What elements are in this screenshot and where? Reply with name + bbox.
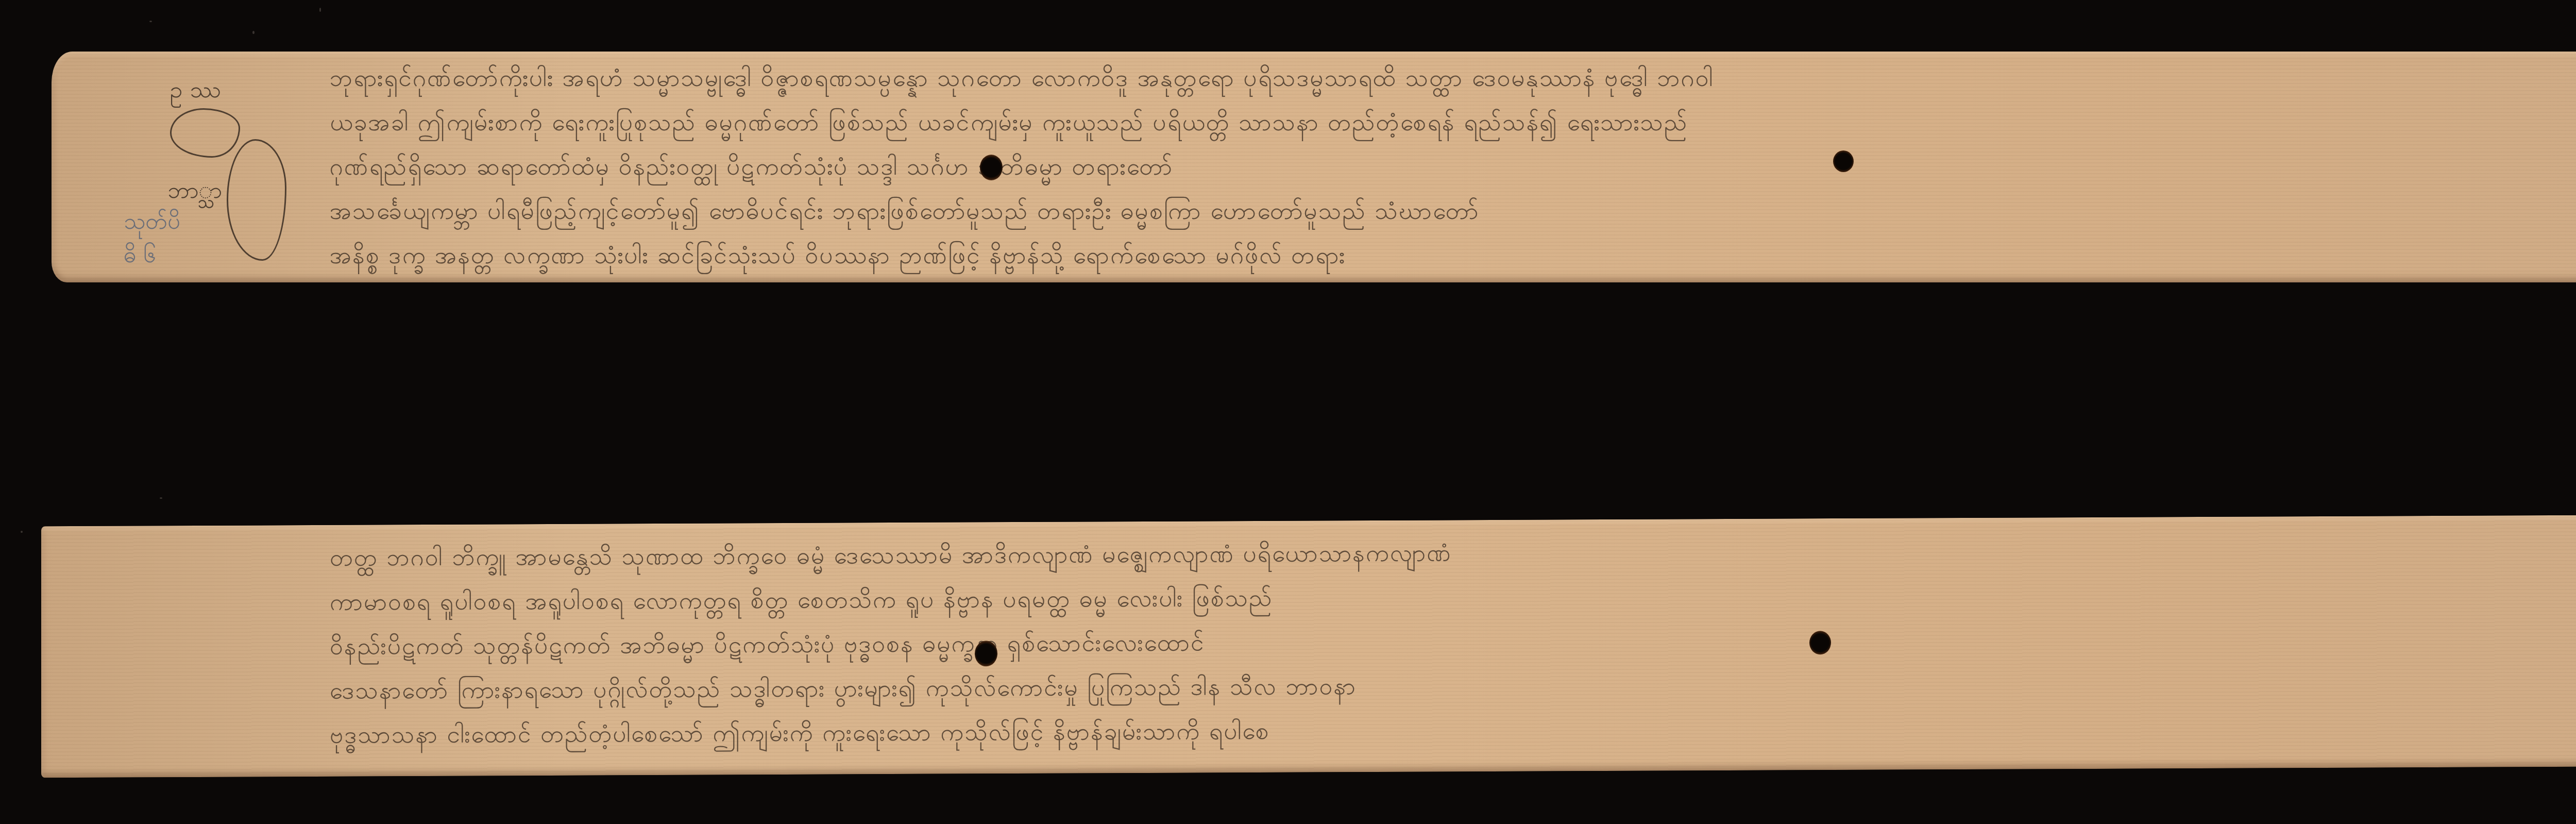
text-line: ယခုအခါ ဤကျမ်းစာကို ရေးကူးပြုစုသည် ဓမ္မဂု… (330, 100, 2576, 144)
manuscript-text: ဘုရားရှင်ဂုဏ်တော်ကိုးပါး အရဟံ သမ္မာသမ္ဗု… (330, 56, 2576, 277)
binding-hole (1833, 150, 1854, 172)
dust-speck (149, 21, 152, 22)
dust-speck (319, 8, 321, 12)
margin-note-folio: ဥ ဿ (170, 75, 221, 106)
binding-hole (975, 641, 997, 666)
binding-hole (1809, 631, 1831, 654)
palm-leaf-top: ဥ ဿ ဘာ္သာ သုတ်ပိ ဓိ ၆ ဘုရားရှင်ဂုဏ်တော်က… (52, 52, 2576, 282)
margin-note-pencil: ဓိ ၆ (124, 240, 157, 271)
dust-speck (160, 497, 162, 499)
decorative-cloud-mark (170, 108, 240, 158)
margin-note-pencil: သုတ်ပိ (124, 206, 180, 237)
manuscript-text: တတ္ထ ဘဂဝါ ဘိက္ခူ အာမန္တေသိ သုဏာထ ဘိက္ခဝေ… (330, 526, 2576, 757)
palm-leaf-bottom: တတ္ထ ဘဂဝါ ဘိက္ခူ အာမန္တေသိ သုဏာထ ဘိက္ခဝေ… (41, 515, 2576, 778)
margin-note-title: ဘာ္သာ (167, 175, 222, 206)
binding-hole (980, 155, 1003, 180)
text-line: ဘုရားရှင်ဂုဏ်တော်ကိုးပါး အရဟံ သမ္မာသမ္ဗု… (330, 56, 2576, 100)
text-line: ဂုဏ်ရည်ရှိသော ဆရာတော်ထံမှ ဝိနည်းဝတ္ထု ပိ… (330, 144, 2576, 189)
dust-speck (21, 531, 23, 533)
dust-speck (252, 31, 255, 34)
text-line: အနိစ္စ ဒုက္ခ အနတ္တ လက္ခဏာ သုံးပါး ဆင်ခြင… (330, 233, 2576, 277)
text-line: ဗုဒ္ဓသာသနာ ငါးထောင် တည်တံ့ပါစေသော် ဤကျမ်… (330, 703, 2576, 757)
text-line: အသင်္ခေယျကမ္ဘာ ပါရမီဖြည့်ကျင့်တော်မူ၍ ဗေ… (330, 189, 2576, 233)
decorative-cloud-mark (227, 139, 286, 261)
